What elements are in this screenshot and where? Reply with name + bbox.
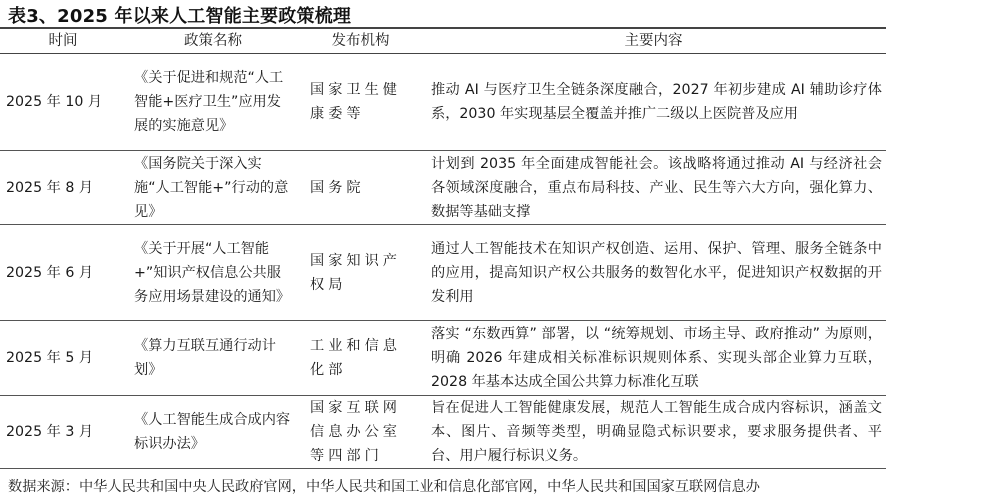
cell-issuing-agency: 工业和信息化部 (300, 321, 421, 396)
cell-issuing-agency: 国务院 (300, 151, 421, 225)
data-source-note: 数据来源：中华人民共和国中央人民政府官网，中华人民共和国工业和信息化部官网，中华… (8, 476, 760, 496)
cell-time: 2025 年 6 月 (0, 225, 126, 321)
cell-issuing-agency: 国家互联网信息办公室等四部门 (300, 396, 421, 469)
cell-time: 2025 年 5 月 (0, 321, 126, 396)
cell-policy-name: 《关于促进和规范“人工智能+医疗卫生”应用发展的实施意见》 (126, 54, 300, 151)
cell-issuing-agency: 国家卫生健康委等 (300, 54, 421, 151)
table-row: 2025 年 10 月 《关于促进和规范“人工智能+医疗卫生”应用发展的实施意见… (0, 54, 886, 151)
header-main-content: 主要内容 (421, 28, 886, 54)
table-title: 表3、2025 年以来人工智能主要政策梳理 (8, 2, 351, 28)
cell-policy-name: 《算力互联互通行动计划》 (126, 321, 300, 396)
cell-policy-name: 《人工智能生成合成内容标识办法》 (126, 396, 300, 469)
cell-main-content: 落实 “东数西算” 部署，以 “统筹规划、市场主导、政府推动” 为原则，明确 2… (421, 321, 886, 396)
cell-main-content: 推动 AI 与医疗卫生全链条深度融合，2027 年初步建成 AI 辅助诊疗体系，… (421, 54, 886, 151)
cell-policy-name: 《国务院关于深入实施“人工智能+”行动的意见》 (126, 151, 300, 225)
header-issuing-agency: 发布机构 (300, 28, 421, 54)
cell-main-content: 计划到 2035 年全面建成智能社会。该战略将通过推动 AI 与经济社会各领域深… (421, 151, 886, 225)
table-row: 2025 年 5 月 《算力互联互通行动计划》 工业和信息化部 落实 “东数西算… (0, 321, 886, 396)
cell-time: 2025 年 8 月 (0, 151, 126, 225)
table-row: 2025 年 6 月 《关于开展“人工智能+”知识产权信息公共服务应用场景建设的… (0, 225, 886, 321)
cell-policy-name: 《关于开展“人工智能+”知识产权信息公共服务应用场景建设的通知》 (126, 225, 300, 321)
table-header-row: 时间 政策名称 发布机构 主要内容 (0, 28, 886, 54)
table-row: 2025 年 3 月 《人工智能生成合成内容标识办法》 国家互联网信息办公室等四… (0, 396, 886, 469)
header-time: 时间 (0, 28, 126, 54)
table-row: 2025 年 8 月 《国务院关于深入实施“人工智能+”行动的意见》 国务院 计… (0, 151, 886, 225)
cell-issuing-agency: 国家知识产权局 (300, 225, 421, 321)
cell-main-content: 旨在促进人工智能健康发展，规范人工智能生成合成内容标识，涵盖文本、图片、音频等类… (421, 396, 886, 469)
cell-time: 2025 年 3 月 (0, 396, 126, 469)
header-policy-name: 政策名称 (126, 28, 300, 54)
cell-main-content: 通过人工智能技术在知识产权创造、运用、保护、管理、服务全链条中的应用，提高知识产… (421, 225, 886, 321)
cell-time: 2025 年 10 月 (0, 54, 126, 151)
policy-table: 时间 政策名称 发布机构 主要内容 2025 年 10 月 《关于促进和规范“人… (0, 27, 886, 469)
